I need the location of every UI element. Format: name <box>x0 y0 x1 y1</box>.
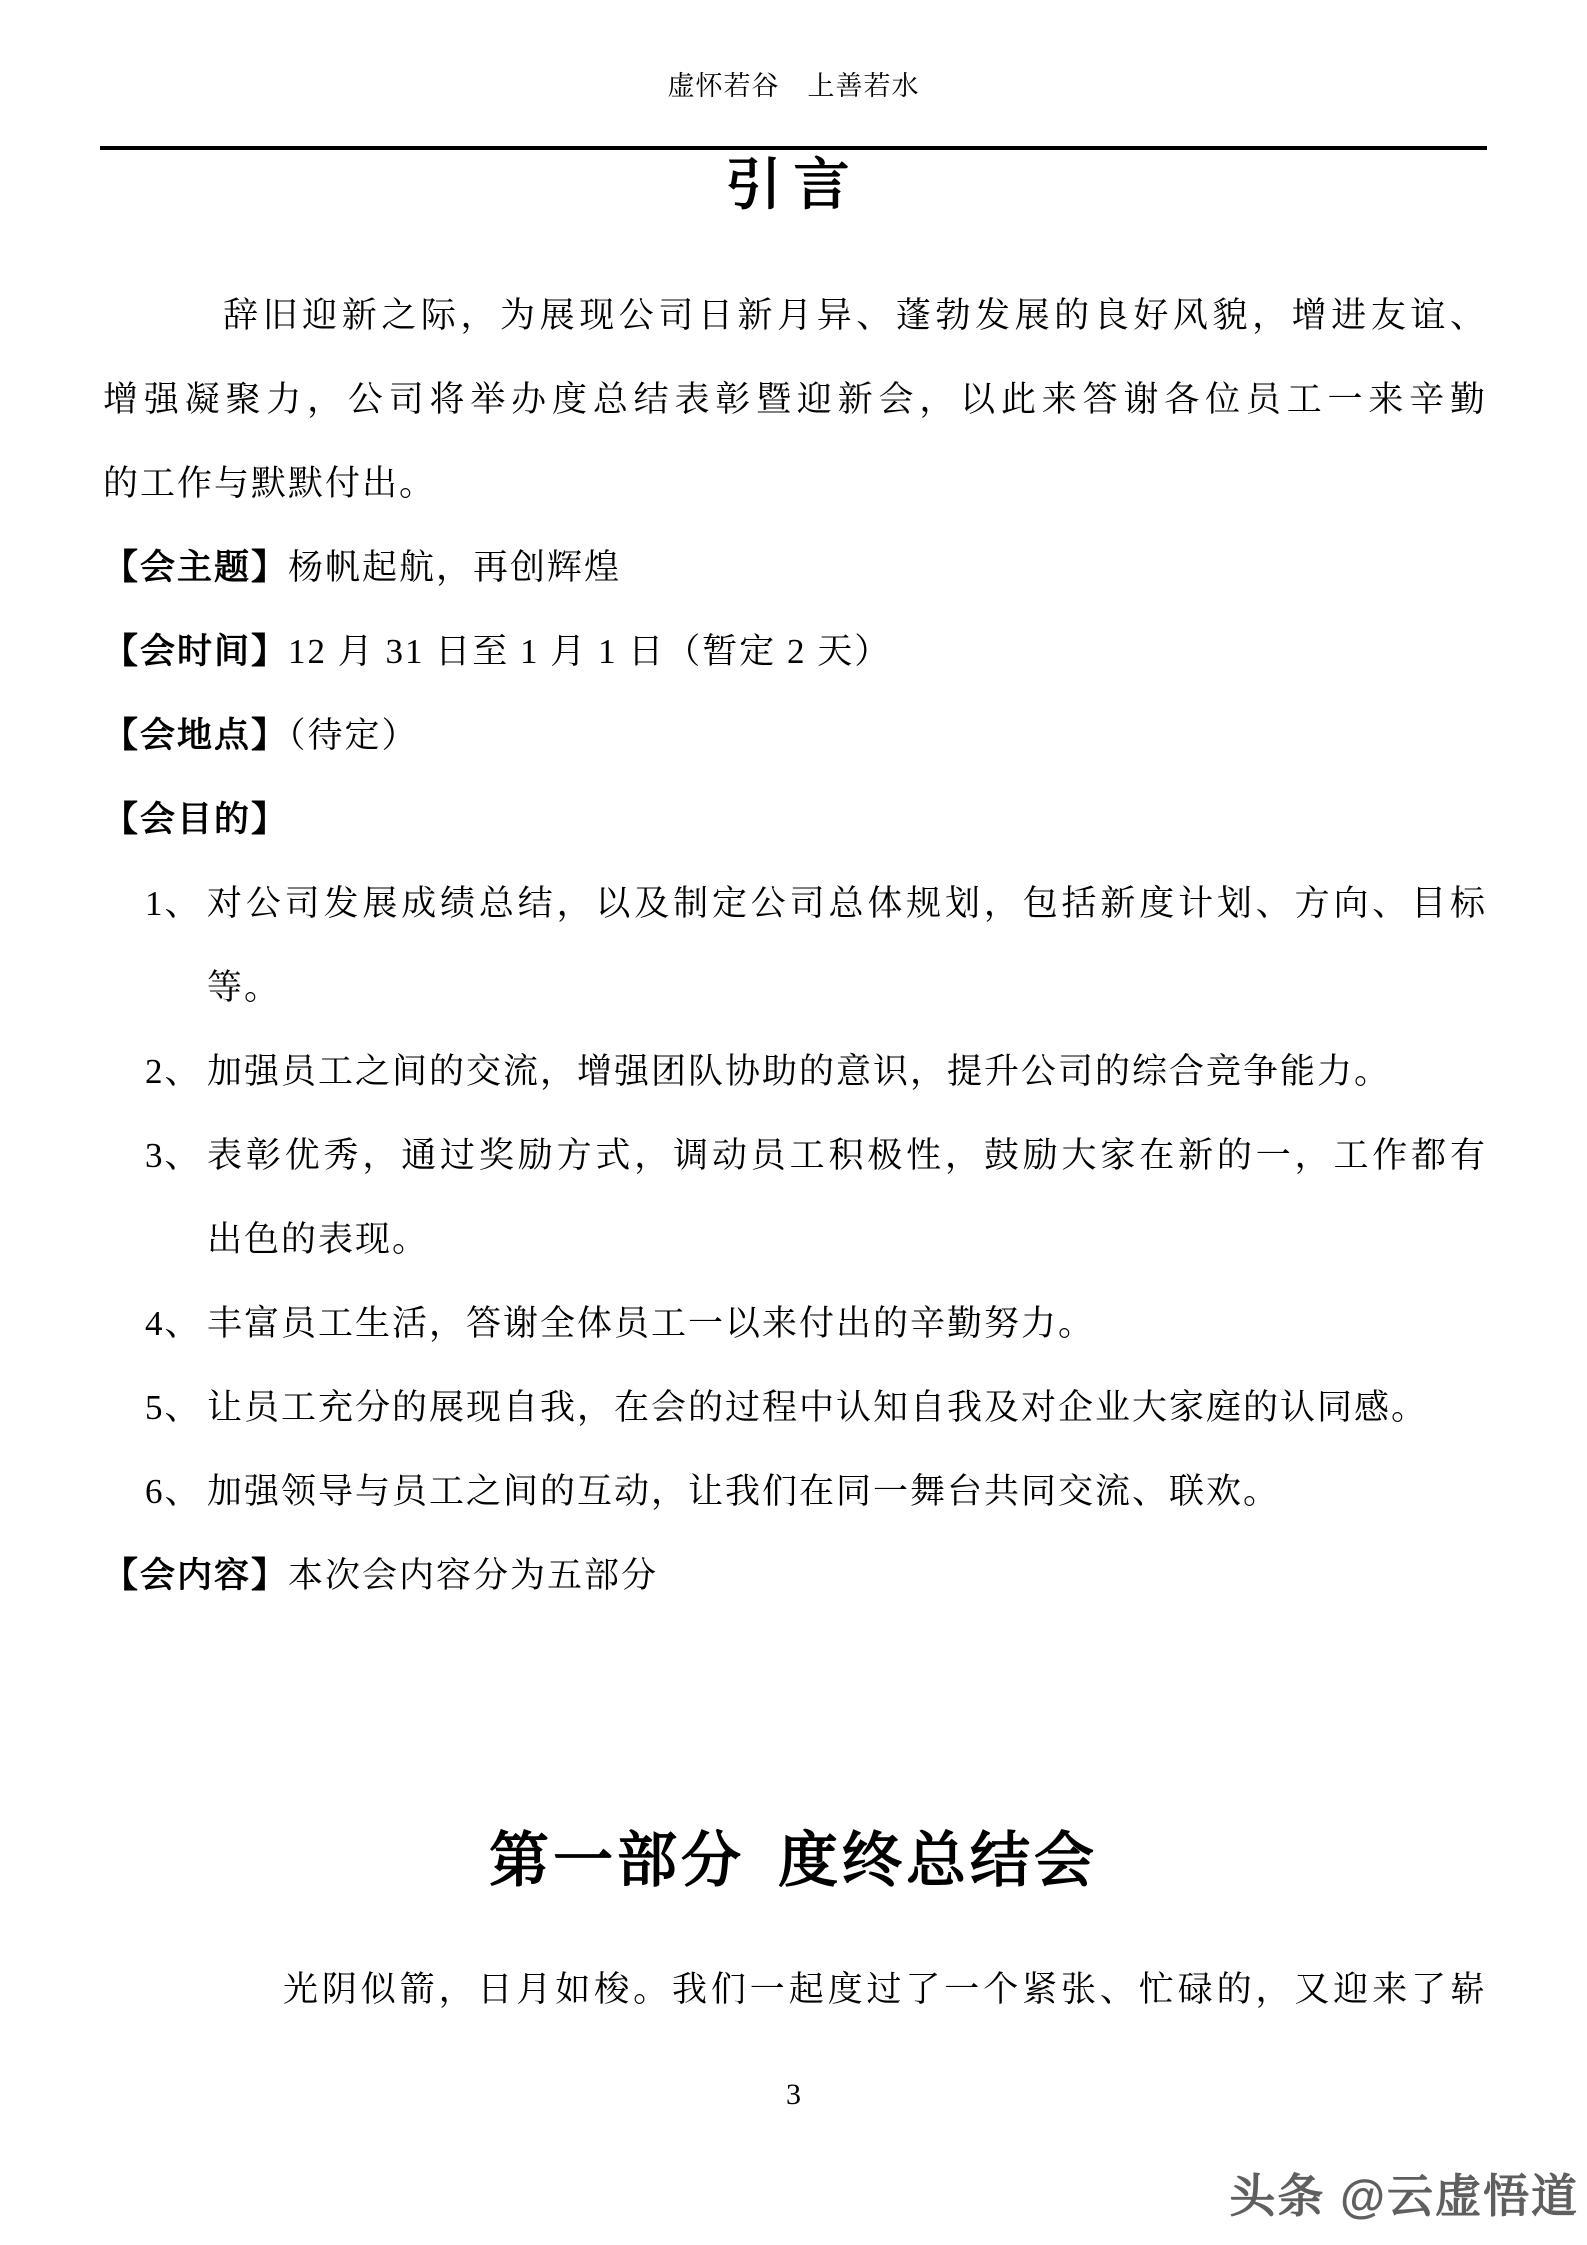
meta-row-theme: 【会主题】杨帆起航，再创辉煌 <box>103 526 1487 610</box>
page-number: 3 <box>0 2078 1587 2112</box>
section-title: 第一部分 度终总结会 <box>0 1822 1587 1900</box>
page-title: 引言 <box>0 150 1587 223</box>
document-page: 虚怀若谷 上善若水 引言 辞旧迎新之际，为展现公司日新月异、蓬勃发展的良好风貌，… <box>0 0 1587 2245</box>
list-item-5: 5、 让员工充分的展现自我，在会的过程中认知自我及对企业大家庭的认同感。 <box>103 1366 1487 1450</box>
paragraph-text: 增强凝聚力，公司将举办度总结表彰暨迎新会，以此来答谢各位员工一来辛勤 <box>103 358 1487 442</box>
list-number: 1、 <box>145 862 202 946</box>
meta-label: 【会目的】 <box>103 800 288 839</box>
list-number: 2、 <box>145 1030 202 1114</box>
list-item-3: 3、 表彰优秀，通过奖励方式，调动员工积极性，鼓励大家在新的一，工作都有 <box>103 1114 1487 1198</box>
list-item-4: 4、 丰富员工生活，答谢全体员工一以来付出的辛勤努力。 <box>103 1282 1487 1366</box>
list-number: 4、 <box>145 1282 202 1366</box>
list-number: 3、 <box>145 1114 202 1198</box>
section-paragraph: 光阴似箭，日月如梭。我们一起度过了一个紧张、忙碌的，又迎来了崭 <box>103 1948 1487 2032</box>
watermark-text: 头条 @云虚悟道 <box>1229 2160 1579 2226</box>
meta-value: 12 月 31 日至 1 月 1 日（暂定 2 天） <box>288 632 891 671</box>
document-body: 辞旧迎新之际，为展现公司日新月异、蓬勃发展的良好风貌，增进友谊、 增强凝聚力，公… <box>103 274 1487 1618</box>
meta-row-time: 【会时间】12 月 31 日至 1 月 1 日（暂定 2 天） <box>103 610 1487 694</box>
meta-label: 【会地点】 <box>103 716 288 755</box>
list-item-3-continuation: 出色的表现。 <box>103 1198 1487 1282</box>
list-item-6: 6、 加强领导与员工之间的互动，让我们在同一舞台共同交流、联欢。 <box>103 1450 1487 1534</box>
list-item-text: 表彰优秀，通过奖励方式，调动员工积极性，鼓励大家在新的一，工作都有 <box>103 1114 1487 1198</box>
list-item-text: 对公司发展成绩总结，以及制定公司总体规划，包括新度计划、方向、目标 <box>103 862 1487 946</box>
list-number: 5、 <box>145 1366 202 1450</box>
page-header: 虚怀若谷 上善若水 <box>0 64 1587 103</box>
meta-row-place: 【会地点】（待定） <box>103 694 1487 778</box>
intro-paragraph-line: 增强凝聚力，公司将举办度总结表彰暨迎新会，以此来答谢各位员工一来辛勤 <box>103 358 1487 442</box>
meta-label: 【会内容】 <box>103 1556 288 1595</box>
list-item-text: 加强员工之间的交流，增强团队协助的意识，提升公司的综合竞争能力。 <box>103 1030 1487 1114</box>
list-item-1-continuation: 等。 <box>103 946 1487 1030</box>
paragraph-text: 光阴似箭，日月如梭。我们一起度过了一个紧张、忙碌的，又迎来了崭 <box>103 1948 1487 2032</box>
list-item-2: 2、 加强员工之间的交流，增强团队协助的意识，提升公司的综合竞争能力。 <box>103 1030 1487 1114</box>
paragraph-text: 辞旧迎新之际，为展现公司日新月异、蓬勃发展的良好风貌，增进友谊、 <box>103 274 1487 358</box>
meta-row-content: 【会内容】本次会内容分为五部分 <box>103 1534 1487 1618</box>
meta-label: 【会主题】 <box>103 548 288 587</box>
list-item-1: 1、 对公司发展成绩总结，以及制定公司总体规划，包括新度计划、方向、目标 <box>103 862 1487 946</box>
header-motto: 虚怀若谷 上善若水 <box>668 71 920 101</box>
intro-paragraph-line: 的工作与默默付出。 <box>103 442 1487 526</box>
list-item-text: 让员工充分的展现自我，在会的过程中认知自我及对企业大家庭的认同感。 <box>103 1366 1487 1450</box>
meta-value: （待定） <box>288 716 419 755</box>
meta-label: 【会时间】 <box>103 632 288 671</box>
paragraph-text: 的工作与默默付出。 <box>103 442 1487 526</box>
meta-value: 本次会内容分为五部分 <box>288 1556 658 1595</box>
intro-paragraph-line: 辞旧迎新之际，为展现公司日新月异、蓬勃发展的良好风貌，增进友谊、 <box>103 274 1487 358</box>
list-item-text: 加强领导与员工之间的互动，让我们在同一舞台共同交流、联欢。 <box>103 1450 1487 1534</box>
list-number: 6、 <box>145 1450 202 1534</box>
section-paragraph-line: 光阴似箭，日月如梭。我们一起度过了一个紧张、忙碌的，又迎来了崭 <box>103 1948 1487 2032</box>
list-item-text: 丰富员工生活，答谢全体员工一以来付出的辛勤努力。 <box>103 1282 1487 1366</box>
meta-row-purpose: 【会目的】 <box>103 778 1487 862</box>
meta-value: 杨帆起航，再创辉煌 <box>288 548 621 587</box>
